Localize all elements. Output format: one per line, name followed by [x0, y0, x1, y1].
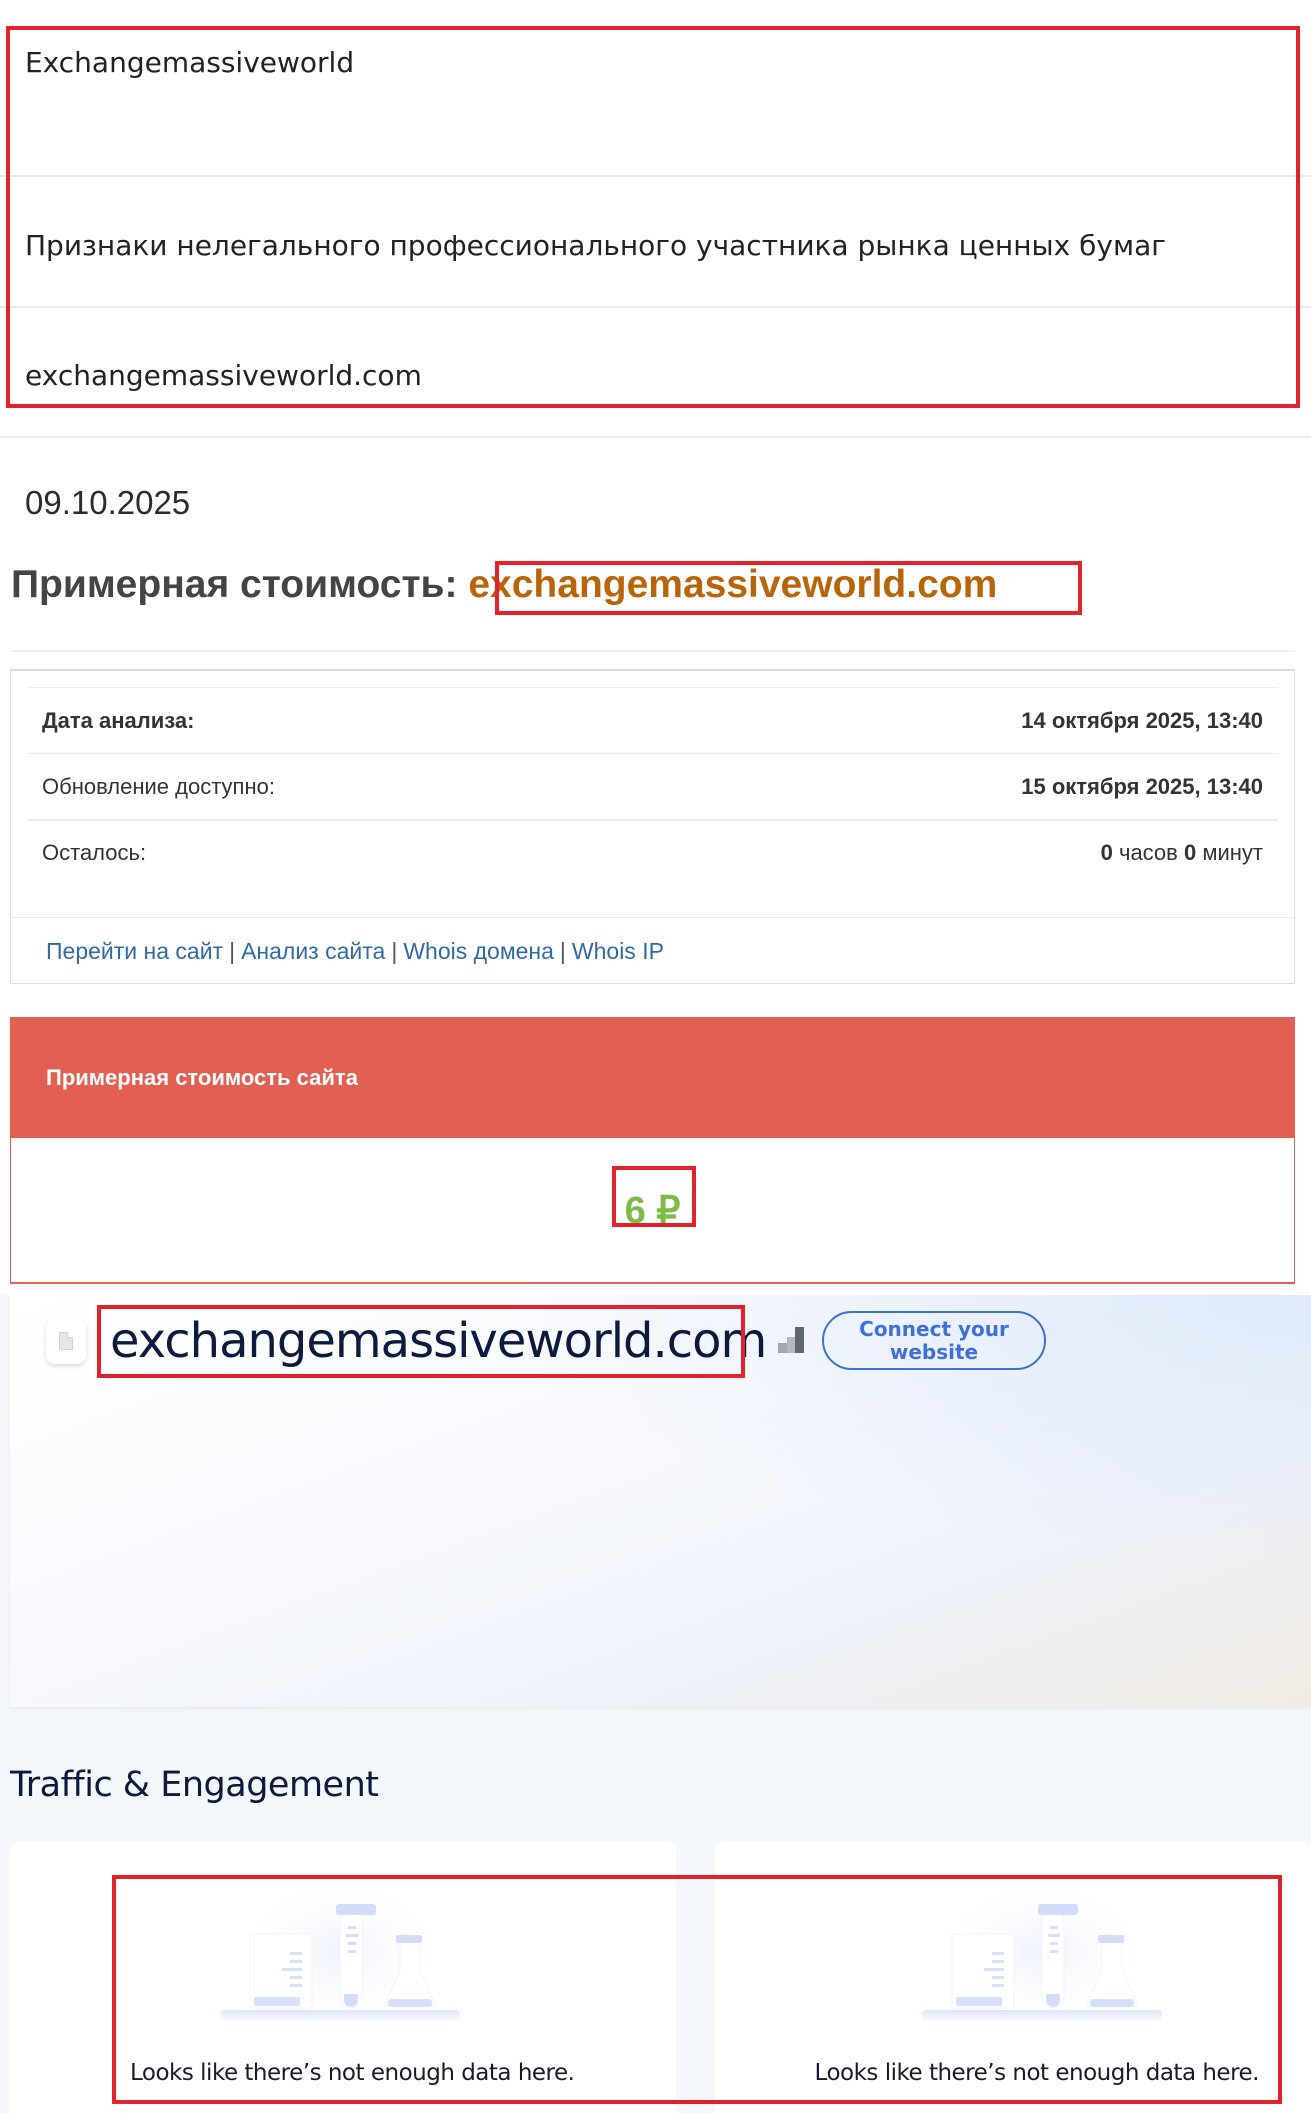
divider	[0, 436, 1311, 438]
link-go-to-site[interactable]: Перейти на сайт	[46, 938, 223, 965]
rank-bars-icon	[778, 1327, 804, 1353]
info-row-analysis-date: Дата анализа: 14 октября 2025, 13:40	[28, 687, 1278, 753]
link-separator: |	[229, 938, 235, 965]
info-value: 0 часов 0 минут	[1101, 840, 1263, 866]
company-name: Exchangemassiveworld	[0, 40, 1311, 84]
violation-text: Признаки нелегального профессионального …	[25, 229, 1166, 262]
info-label: Осталось:	[42, 840, 146, 866]
connect-website-label: Connect your website	[859, 1318, 1009, 1364]
hours-number: 0	[1101, 840, 1113, 865]
info-value: 14 октября 2025, 13:40	[1021, 708, 1263, 734]
favicon-placeholder-icon	[46, 1318, 86, 1364]
site-address-text: exchangemassiveworld.com	[25, 359, 422, 392]
violation-description: Признаки нелегального профессионального …	[0, 222, 1311, 268]
site-value-text: 6 ₽	[625, 1188, 681, 1233]
empty-lab-illustration-icon	[210, 1882, 470, 2032]
page-title-domain[interactable]: exchangemassiveworld.com	[468, 563, 997, 606]
link-separator: |	[391, 938, 397, 965]
link-whois-ip[interactable]: Whois IP	[572, 938, 664, 965]
info-row-update-available: Обновление доступно: 15 октября 2025, 13…	[28, 753, 1278, 819]
info-value: 15 октября 2025, 13:40	[1021, 774, 1263, 800]
site-value-amount: 6 ₽	[11, 1138, 1294, 1283]
link-whois-domain[interactable]: Whois домена	[403, 938, 554, 965]
report-date: 09.10.2025	[25, 484, 190, 522]
page-title: Примерная стоимость: exchangemassiveworl…	[11, 563, 997, 607]
link-separator: |	[560, 938, 566, 965]
divider	[0, 175, 1311, 177]
link-site-analysis[interactable]: Анализ сайта	[241, 938, 385, 965]
site-value-header: Примерная стоимость сайта	[11, 1018, 1294, 1138]
minutes-unit: минут	[1202, 840, 1263, 865]
hours-unit: часов	[1119, 840, 1178, 865]
info-label: Дата анализа:	[42, 708, 195, 734]
divider	[0, 306, 1311, 308]
section-title-traffic: Traffic & Engagement	[10, 1765, 378, 1805]
site-links: Перейти на сайт | Анализ сайта | Whois д…	[11, 917, 1294, 984]
analysis-info-card: Дата анализа: 14 октября 2025, 13:40 Обн…	[10, 669, 1295, 984]
divider	[10, 650, 1295, 652]
company-name-text: Exchangemassiveworld	[25, 46, 354, 79]
overview-domain: exchangemassiveworld.com	[110, 1306, 766, 1376]
connect-website-button[interactable]: Connect your website	[822, 1311, 1046, 1370]
empty-state-message-left: Looks like there’s not enough data here.	[130, 2060, 574, 2086]
site-address: exchangemassiveworld.com	[0, 353, 1311, 397]
info-label: Обновление доступно:	[42, 774, 275, 800]
page-title-prefix: Примерная стоимость:	[11, 563, 458, 606]
site-value-card: Примерная стоимость сайта 6 ₽	[10, 1017, 1295, 1284]
info-row-remaining: Осталось: 0 часов 0 минут	[28, 819, 1278, 885]
empty-state-message-right: Looks like there’s not enough data here.	[815, 2060, 1259, 2086]
minutes-number: 0	[1184, 840, 1196, 865]
empty-lab-illustration-icon	[912, 1882, 1172, 2032]
